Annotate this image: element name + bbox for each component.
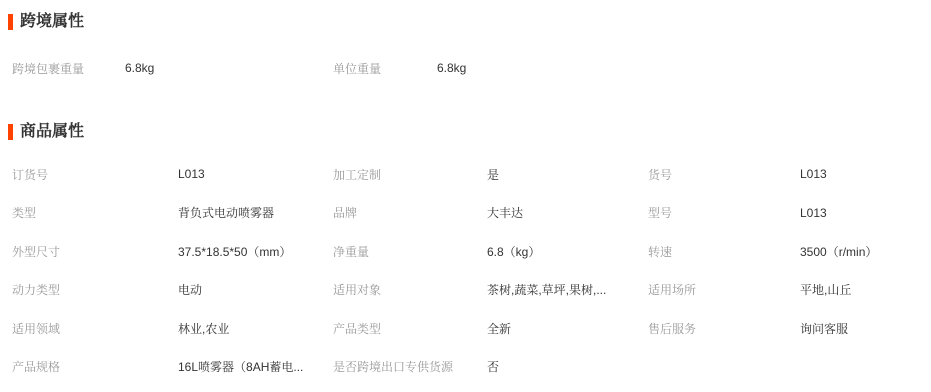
- product-attributes-page: 跨境属性 跨境包裹重量 6.8kg 单位重量 6.8kg 商品属性 订货号 L0…: [0, 0, 931, 392]
- attr-label: 是否跨境出口专供货源: [333, 348, 487, 387]
- attr-value: L013: [800, 194, 931, 233]
- field-label: 单位重量: [333, 60, 437, 77]
- attr-label: 适用场所: [648, 271, 800, 310]
- attr-value: 3500（r/min）: [800, 232, 931, 271]
- attr-label: 加工定制: [333, 155, 487, 194]
- attr-value: 16L喷雾器（8AH蓄电...: [178, 348, 333, 387]
- attr-value: 茶树,蔬菜,草坪,果树,...: [487, 271, 648, 310]
- attr-label: 订货号: [12, 155, 178, 194]
- field-label: 跨境包裹重量: [12, 60, 125, 77]
- attr-label: 转速: [648, 232, 800, 271]
- accent-bar: [8, 124, 13, 140]
- attr-label: 产品规格: [12, 348, 178, 387]
- attr-label: 产品类型: [333, 309, 487, 348]
- attr-value: 37.5*18.5*50（mm）: [178, 232, 333, 271]
- attr-value: 平地,山丘: [800, 271, 931, 310]
- attr-value: L013: [800, 155, 931, 194]
- attr-label: 货号: [648, 155, 800, 194]
- attr-value: 是: [487, 155, 648, 194]
- attr-label: [648, 348, 800, 387]
- attr-value: 电动: [178, 271, 333, 310]
- section-title: 商品属性: [20, 123, 84, 141]
- attr-label: 适用对象: [333, 271, 487, 310]
- field-value: 6.8kg: [437, 61, 931, 75]
- attr-value: 全新: [487, 309, 648, 348]
- field-value: 6.8kg: [125, 61, 333, 75]
- attr-label: 售后服务: [648, 309, 800, 348]
- attr-label: 类型: [12, 194, 178, 233]
- attr-label: 外型尺寸: [12, 232, 178, 271]
- cross-border-section-header: 跨境属性: [0, 13, 931, 31]
- attr-label: 品牌: [333, 194, 487, 233]
- attr-value: 6.8（kg）: [487, 232, 648, 271]
- accent-bar: [8, 14, 13, 30]
- product-attributes-table: 订货号 L013 加工定制 是 货号 L013 类型 背负式电动喷雾器 品牌 大…: [0, 155, 931, 386]
- section-title: 跨境属性: [20, 13, 84, 31]
- attr-value: 询问客服: [800, 309, 931, 348]
- attr-value: 大丰达: [487, 194, 648, 233]
- attr-label: 适用领域: [12, 309, 178, 348]
- attr-value: 否: [487, 348, 648, 387]
- attr-label: 型号: [648, 194, 800, 233]
- product-section-header: 商品属性: [0, 123, 931, 141]
- attr-value: 林业,农业: [178, 309, 333, 348]
- attr-value: L013: [178, 155, 333, 194]
- cross-border-fields-row: 跨境包裹重量 6.8kg 单位重量 6.8kg: [0, 59, 931, 77]
- attr-label: 动力类型: [12, 271, 178, 310]
- attr-value: 背负式电动喷雾器: [178, 194, 333, 233]
- attr-value: [800, 348, 931, 387]
- attr-label: 净重量: [333, 232, 487, 271]
